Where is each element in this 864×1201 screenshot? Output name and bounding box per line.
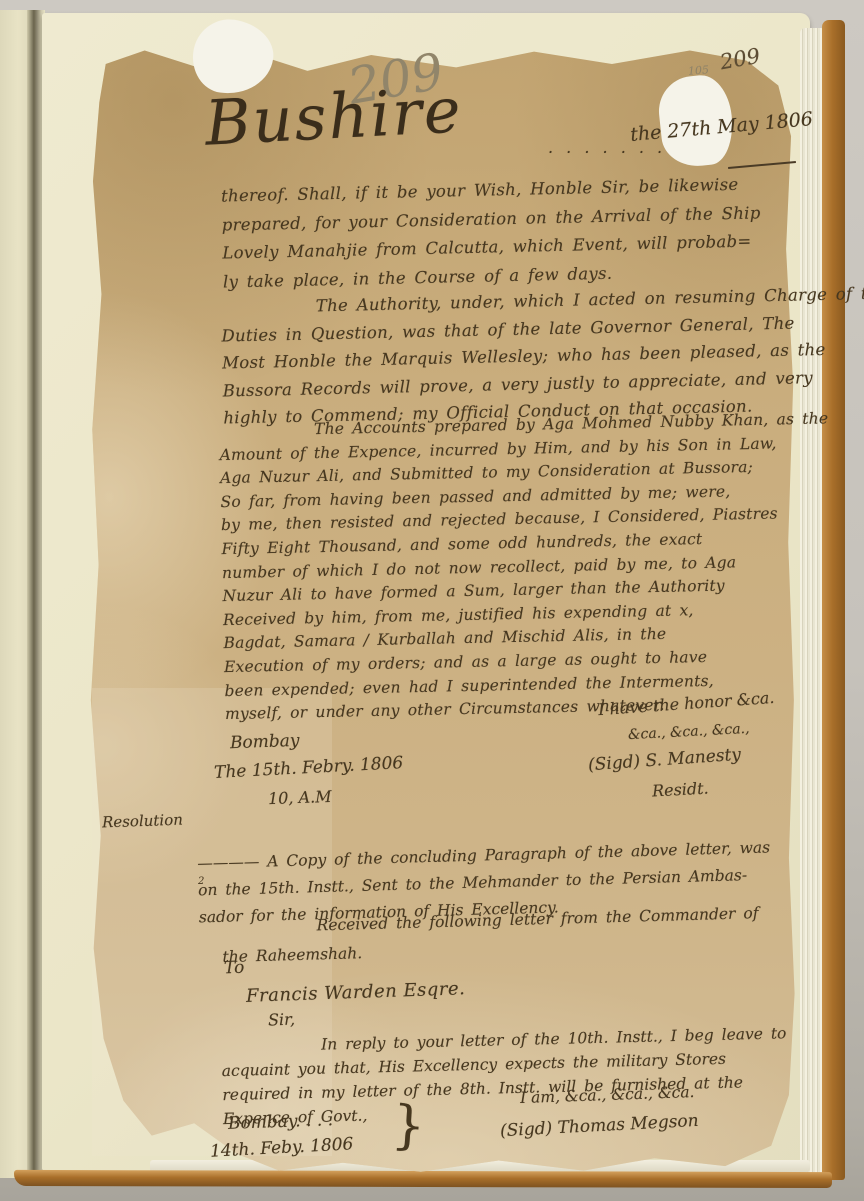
facing-page-edge (0, 10, 30, 1178)
scanned-manuscript-page: 209 105 209 Bushire . . . . . . . the 27… (0, 0, 864, 1201)
dateline-place: Bombay (230, 731, 300, 753)
book-cover-right-edge (822, 20, 845, 1180)
shelfmark-pencil: 105 (688, 63, 710, 77)
dateline-time: 10, A.M (268, 787, 332, 808)
letter-heading-place: Bushire (203, 73, 464, 159)
salutation: Sir, (268, 1010, 296, 1030)
dateline-place: Bombay. . . . (228, 1110, 334, 1134)
book-cover-bottom-edge (14, 1170, 832, 1188)
margin-mark: 2 (198, 876, 204, 887)
letter-body-paragraph-3: The Accounts prepared by Aga Mohmed Nubb… (219, 408, 807, 727)
letter-body-paragraph-1: thereof. Shall, if it be your Wish, Honb… (221, 169, 801, 296)
margin-label-resolution: Resolution (102, 811, 183, 832)
address-to-label: To (224, 958, 245, 979)
dateline-brace: } (390, 1095, 427, 1157)
signature-title: Residt. (652, 779, 710, 801)
